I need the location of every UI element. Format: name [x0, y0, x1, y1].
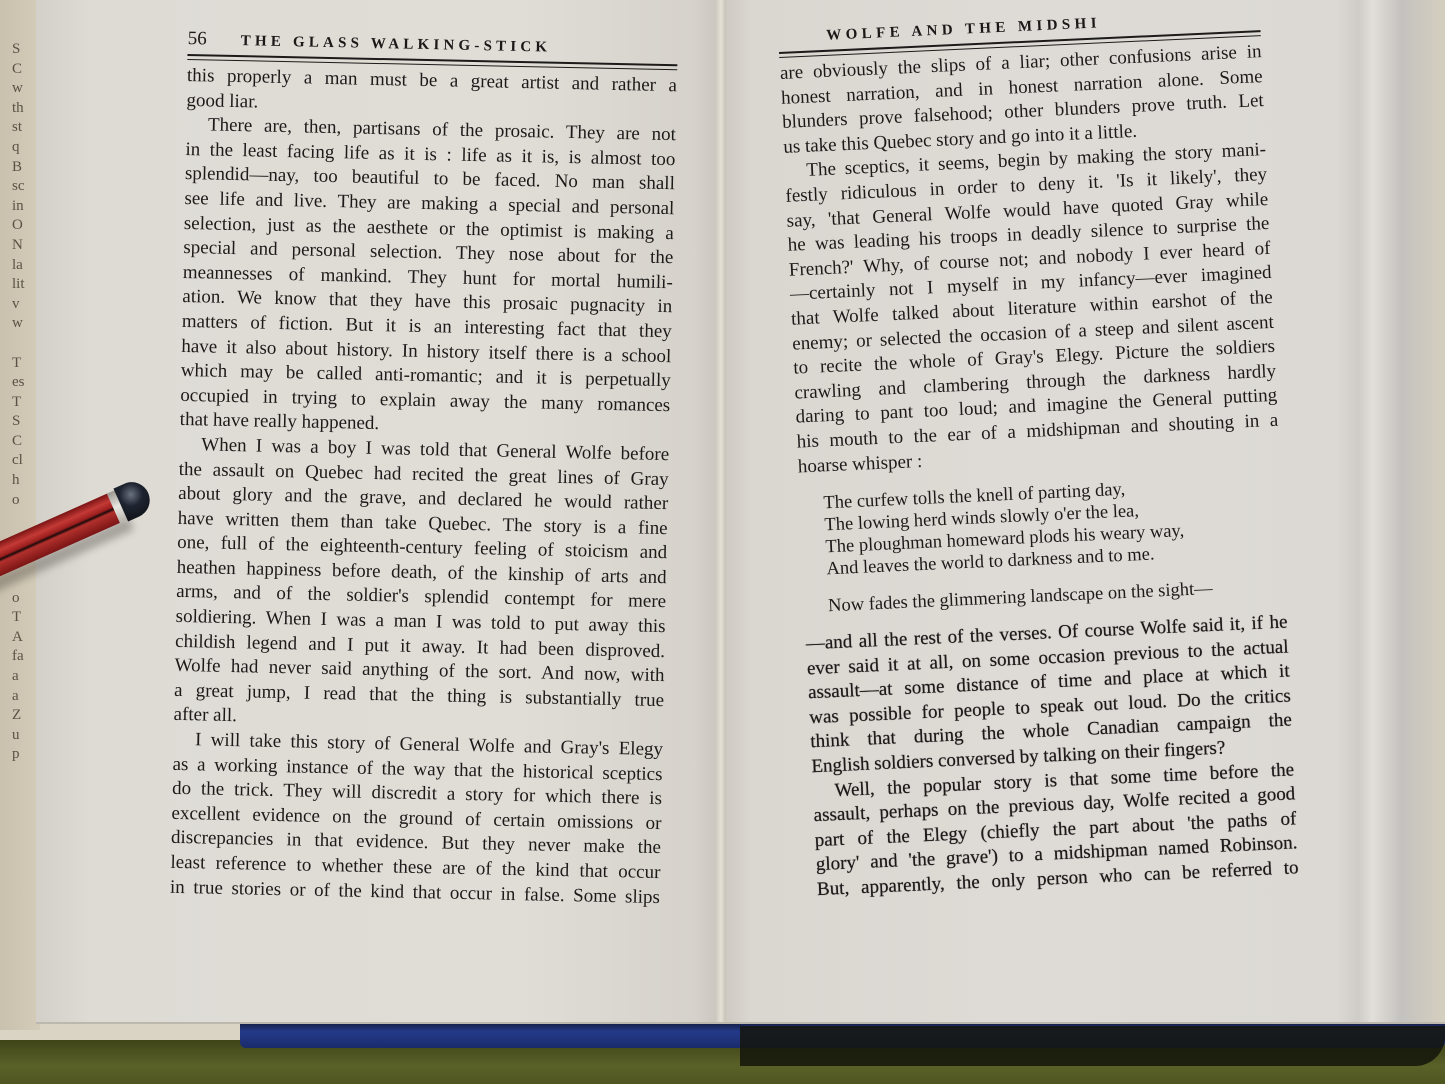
book-shadow	[740, 1026, 1445, 1066]
previous-page-fragment: T	[12, 354, 36, 374]
previous-page-letters: SCwthstqBscinONlalitvwTesTSCclhooTAfaaaZ…	[12, 40, 36, 765]
previous-page-fragment: w	[12, 314, 36, 334]
previous-page-fragment: S	[12, 412, 36, 432]
elegy-verse: The curfew tolls the knell of parting da…	[823, 472, 1285, 581]
previous-page-fragment: C	[12, 432, 36, 452]
previous-page-fragment: C	[12, 60, 36, 80]
previous-page-fragment: O	[12, 216, 36, 236]
previous-page-fragment: w	[12, 79, 36, 99]
book-title-head: THE GLASS WALKING-STICK	[241, 33, 552, 57]
previous-page-fragment: Z	[12, 706, 36, 726]
previous-page-fragment: la	[12, 256, 36, 276]
previous-page-fragment: T	[12, 608, 36, 628]
previous-page-fragment: B	[12, 158, 36, 178]
previous-page-fragment: a	[12, 687, 36, 707]
previous-page-fragment: v	[12, 295, 36, 315]
verse-tail-line: Now fades the glimmering landscape on th…	[828, 576, 1286, 618]
left-body-text: this properly a man must be a great arti…	[170, 64, 677, 910]
previous-page-fragment: fa	[12, 647, 36, 667]
previous-page-fragment: u	[12, 726, 36, 746]
book-gutter	[716, 0, 726, 1022]
previous-page-fragment: sc	[12, 177, 36, 197]
right-body-text-top: are obviously the slips of a liar; other…	[779, 40, 1279, 480]
previous-page-fragment: a	[12, 667, 36, 687]
previous-page-fragment: A	[12, 628, 36, 648]
previous-page-fragment: th	[12, 99, 36, 119]
previous-page-fragment: in	[12, 197, 36, 217]
previous-page-fragment: cl	[12, 451, 36, 471]
previous-page-fragment: T	[12, 393, 36, 413]
previous-page-fragment	[12, 334, 36, 354]
left-page-content: 56 THE GLASS WALKING-STICK this properly…	[170, 28, 678, 910]
previous-page-fragment: o	[12, 491, 36, 511]
previous-page-fragment: N	[12, 236, 36, 256]
right-page-content: WOLFE AND THE MIDSHI are obviously the s…	[778, 8, 1299, 903]
previous-page-edge: SCwthstqBscinONlalitvwTesTSCclhooTAfaaaZ…	[0, 0, 40, 1030]
previous-page-fragment: h	[12, 471, 36, 491]
previous-page-fragment: st	[12, 118, 36, 138]
previous-page-fragment: p	[12, 745, 36, 765]
previous-page-fragment: lit	[12, 275, 36, 295]
page-number: 56	[188, 28, 207, 50]
previous-page-fragment: S	[12, 40, 36, 60]
previous-page-fragment: es	[12, 373, 36, 393]
right-body-text-bottom: —and all the rest of the verses. Of cour…	[805, 611, 1299, 903]
previous-page-fragment: o	[12, 589, 36, 609]
previous-page-fragment: q	[12, 138, 36, 158]
